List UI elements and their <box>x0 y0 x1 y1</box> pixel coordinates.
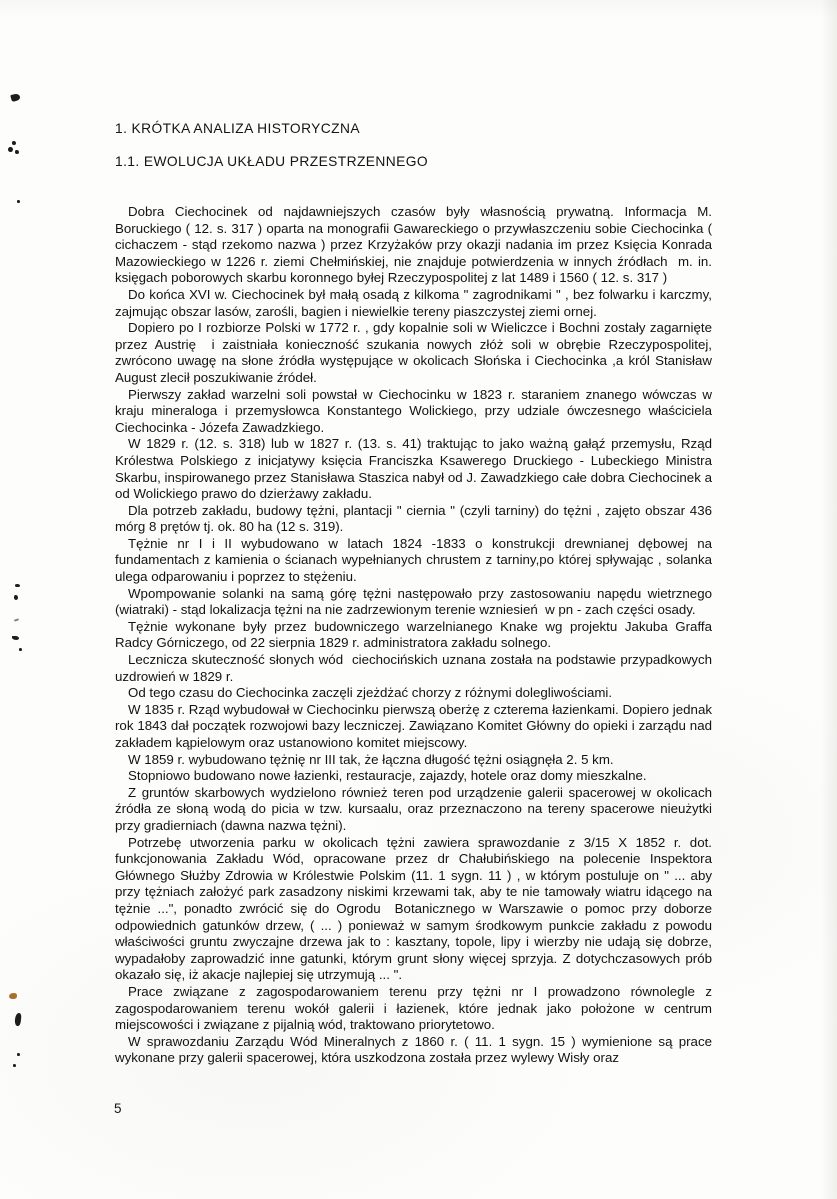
paragraph: W sprawozdaniu Zarządu Wód Mineralnych z… <box>115 1034 712 1067</box>
paragraph: Prace związane z zagospodarowaniem teren… <box>115 984 712 1034</box>
paragraph: Od tego czasu do Ciechocinka zaczęli zje… <box>115 685 712 702</box>
paragraph: Dla potrzeb zakładu, budowy tężni, plant… <box>115 503 712 536</box>
ink-speck <box>14 595 18 600</box>
paragraph: Do końca XVI w. Ciechocinek był małą osa… <box>115 287 712 320</box>
ink-speck <box>12 141 16 145</box>
section-heading: 1. KRÓTKA ANALIZA HISTORYCZNA <box>115 121 712 136</box>
paragraph: Dobra Ciechocinek od najdawniejszych cza… <box>115 204 712 287</box>
ink-speck <box>12 636 19 640</box>
ink-speck <box>13 1064 16 1067</box>
paragraph: W 1829 r. (12. s. 318) lub w 1827 r. (13… <box>115 436 712 502</box>
ink-speck <box>9 993 17 999</box>
ink-speck <box>17 200 20 203</box>
paragraph: Tężnie wykonane były przez budowniczego … <box>115 619 712 652</box>
paragraph: Pierwszy zakład warzelni soli powstał w … <box>115 387 712 437</box>
ink-speck <box>14 618 19 622</box>
paragraph: W 1859 r. wybudowano tężnię nr III tak, … <box>115 752 712 769</box>
ink-speck <box>15 584 20 587</box>
ink-speck <box>19 648 22 651</box>
page-content: 1. KRÓTKA ANALIZA HISTORYCZNA 1.1. EWOLU… <box>115 121 712 1067</box>
paragraph: W 1835 r. Rząd wybudował w Ciechocinku p… <box>115 702 712 752</box>
paragraph: Tężnie nr I i II wybudowano w latach 182… <box>115 536 712 586</box>
ink-speck <box>14 1013 21 1027</box>
paragraph: Wpompowanie solanki na samą górę tężni n… <box>115 586 712 619</box>
ink-speck <box>7 146 14 153</box>
page-number: 5 <box>114 1101 122 1116</box>
ink-speck <box>17 1053 20 1056</box>
body-text: Dobra Ciechocinek od najdawniejszych cza… <box>115 204 712 1067</box>
subsection-heading: 1.1. EWOLUCJA UKŁADU PRZESTRZENNEGO <box>115 154 712 169</box>
ink-speck <box>10 93 21 102</box>
paragraph: Stopniowo budowano nowe łazienki, restau… <box>115 768 712 785</box>
scanned-document-page: 1. KRÓTKA ANALIZA HISTORYCZNA 1.1. EWOLU… <box>0 0 837 1199</box>
paragraph: Dopiero po I rozbiorze Polski w 1772 r. … <box>115 320 712 386</box>
ink-speck <box>15 150 19 154</box>
paragraph: Potrzebę utworzenia parku w okolicach tę… <box>115 835 712 984</box>
paragraph: Lecznicza skuteczność słonych wód ciecho… <box>115 652 712 685</box>
paragraph: Z gruntów skarbowych wydzielono również … <box>115 785 712 835</box>
